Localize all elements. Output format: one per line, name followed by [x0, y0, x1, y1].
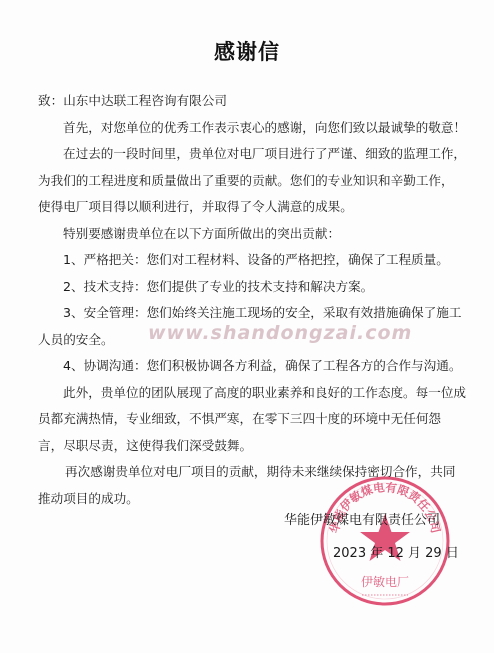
letter-page: 感谢信 致：山东中达联工程咨询有限公司 首先，对您单位的优秀工作表示衷心的感谢，… — [0, 0, 494, 653]
letter-title: 感谢信 — [0, 36, 494, 66]
paragraph-opening: 首先，对您单位的优秀工作表示衷心的感谢，向您们致以最诚挚的敬意！ — [38, 115, 466, 142]
seal-inner-text: 伊敏电厂 — [361, 574, 409, 589]
signature-company: 华能伊敏煤电有限责任公司 — [284, 509, 440, 528]
paragraph-team-praise: 此外，贵单位的团队展现了高度的职业素养和良好的工作态度。每一位成员都充满热情，专… — [38, 380, 466, 460]
paragraph-overview: 在过去的一段时间里，贵单位对电厂项目进行了严谨、细致的监理工作，为我们的工程进度… — [38, 141, 466, 221]
signature-date: 2023 年 12 月 29 日 — [333, 542, 459, 561]
paragraph-contributions-intro: 特别要感谢贵单位在以下方面所做出的突出贡献： — [38, 221, 466, 248]
paragraph-closing: 再次感谢贵单位对电厂项目的贡献，期待未来继续保持密切合作，共同推动项目的成功。 — [38, 459, 466, 512]
contribution-item-2: 2、技术支持：您们提供了专业的技术支持和解决方案。 — [38, 274, 466, 301]
contribution-item-1: 1、严格把关：您们对工程材料、设备的严格把控，确保了工程质量。 — [38, 247, 466, 274]
letter-body: 致：山东中达联工程咨询有限公司 首先，对您单位的优秀工作表示衷心的感谢，向您们致… — [38, 88, 466, 512]
contribution-item-3: 3、安全管理：您们始终关注施工现场的安全，采取有效措施确保了施工人员的安全。 — [38, 300, 466, 353]
contribution-item-4: 4、协调沟通：您们积极协调各方利益，确保了工程各方的合作与沟通。 — [38, 353, 466, 380]
salutation: 致：山东中达联工程咨询有限公司 — [38, 88, 466, 115]
